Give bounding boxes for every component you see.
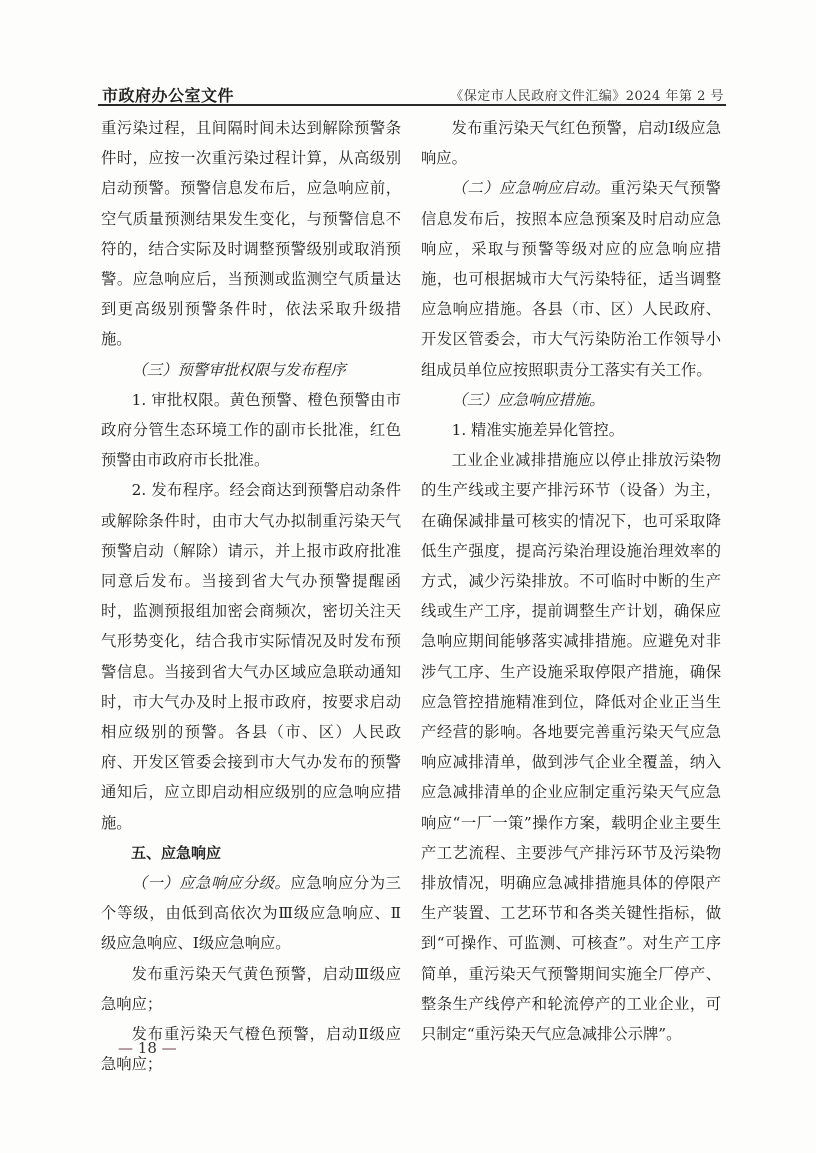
paragraph-yellow-warning: 发布重污染天气黄色预警，启动Ⅲ级应急响应； bbox=[101, 959, 401, 1019]
paragraph-red-warning: 发布重污染天气红色预警，启动Ⅰ级应急响应。 bbox=[421, 113, 721, 173]
running-header: 市政府办公室文件 《保定市人民政府文件汇编》2024 年第 2 号 bbox=[98, 80, 726, 106]
dash-right: — bbox=[162, 1039, 177, 1057]
page-number: — 18 — bbox=[118, 1039, 177, 1057]
left-column: 重污染过程，且间隔时间未达到解除预警条件时，应按一次重污染过程计算，从高级别启动… bbox=[101, 113, 401, 1080]
paragraph-release-procedure: 2. 发布程序。经会商达到预警启动条件或解除条件时，由市大气办拟制重污染天气预警… bbox=[101, 475, 401, 837]
paragraph-response-levels: （一）应急响应分级。应急响应分为三个等级，由低到高依次为Ⅲ级应急响应、Ⅱ级应急响… bbox=[101, 868, 401, 959]
paragraph-differentiated-control: 1. 精准实施差异化管控。 bbox=[421, 415, 721, 445]
right-column: 发布重污染天气红色预警，启动Ⅰ级应急响应。 （二）应急响应启动。重污染天气预警信… bbox=[421, 113, 721, 1049]
header-publication-title: 《保定市人民政府文件汇编》2024 年第 2 号 bbox=[450, 85, 724, 104]
subheading-response-measures: （三）应急响应措施。 bbox=[421, 385, 721, 415]
subheading-approval-procedure: （三）预警审批权限与发布程序 bbox=[101, 355, 401, 385]
paragraph-industrial-reduction: 工业企业减排措施应以停止排放污染物的生产线或主要产排污环节（设备）为主，在确保减… bbox=[421, 445, 721, 1049]
paragraph-response-activation: （二）应急响应启动。重污染天气预警信息发布后，按照本应急预案及时启动应急响应，采… bbox=[421, 173, 721, 384]
paragraph-approval-authority: 1. 审批权限。黄色预警、橙色预警由市政府分管生态环境工作的副市长批准，红色预警… bbox=[101, 385, 401, 476]
paragraph-lead: （二）应急响应启动。 bbox=[452, 179, 611, 197]
page-number-value: 18 bbox=[138, 1039, 157, 1057]
paragraph-body: 重污染天气预警信息发布后，按照本应急预案及时启动应急响应，采取与预警等级对应的应… bbox=[421, 179, 721, 378]
paragraph-continuation: 重污染过程，且间隔时间未达到解除预警条件时，应按一次重污染过程计算，从高级别启动… bbox=[101, 113, 401, 355]
header-section-title: 市政府办公室文件 bbox=[102, 83, 234, 106]
paragraph-lead: （一）应急响应分级。 bbox=[132, 874, 291, 892]
heading-emergency-response: 五、应急响应 bbox=[101, 838, 401, 868]
dash-left: — bbox=[118, 1039, 133, 1057]
